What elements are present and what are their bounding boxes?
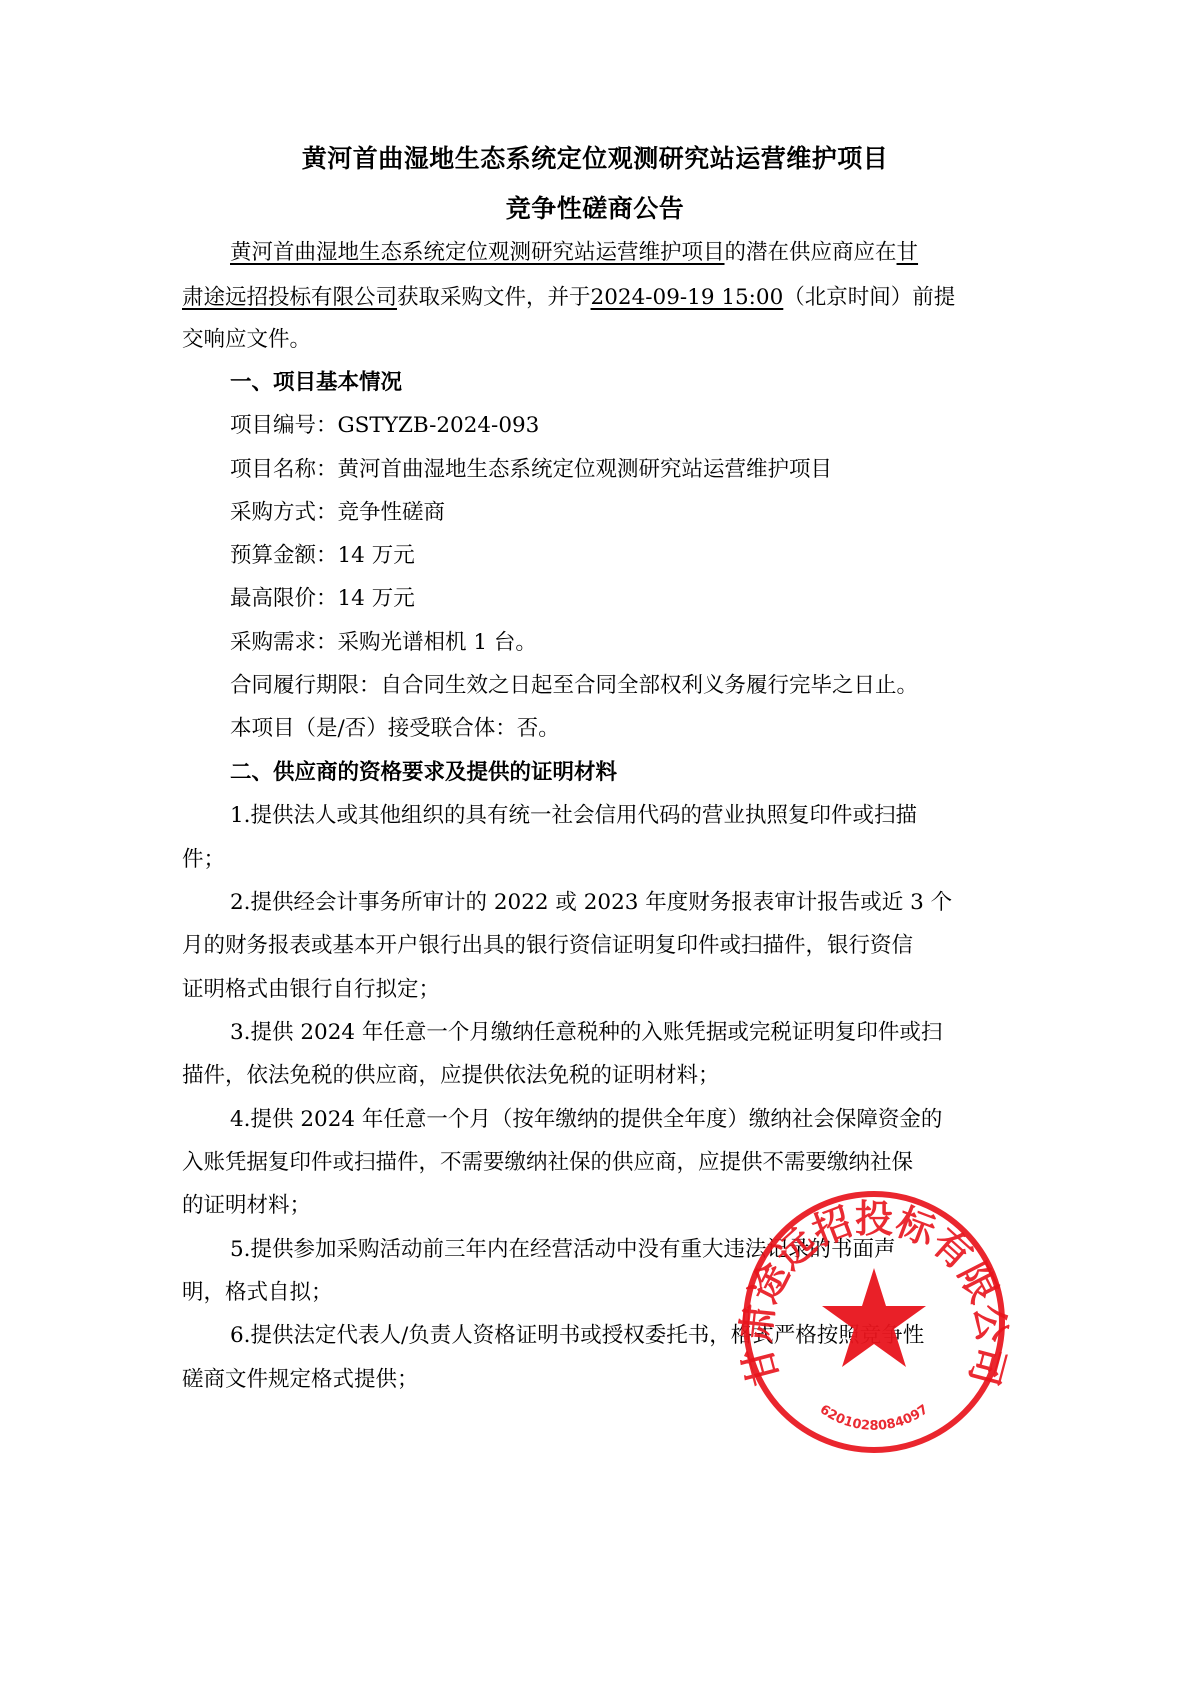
project-name: 项目名称：黄河首曲湿地生态系统定位观测研究站运营维护项目 <box>230 455 1040 485</box>
consortium: 本项目（是/否）接受联合体：否。 <box>230 714 1040 744</box>
budget: 预算金额：14 万元 <box>230 541 1040 571</box>
contract-period: 合同履行期限：自合同生效之日起至合同全部权利义务履行完毕之日止。 <box>230 671 1040 701</box>
project-name-link: 黄河首曲湿地生态系统定位观测研究站运营维护项目 <box>230 240 725 265</box>
req-1: 1.提供法人或其他组织的具有统一社会信用代码的营业执照复印件或扫描 <box>230 801 1040 831</box>
agency-name: 肃途远招投标有限公司 <box>182 285 397 310</box>
requirement: 采购需求：采购光谱相机 1 台。 <box>230 628 1040 658</box>
intro-line-2: 肃途远招投标有限公司获取采购文件，并于2024-09-19 15:00（北京时间… <box>182 283 992 313</box>
section1-heading: 一、项目基本情况 <box>230 368 1040 398</box>
project-number: 项目编号：GSTYZB-2024-093 <box>230 411 1040 441</box>
req-2: 2.提供经会计事务所审计的 2022 或 2023 年度财务报表审计报告或近 3… <box>230 888 1040 918</box>
procurement-method: 采购方式：竞争性磋商 <box>230 498 1040 528</box>
req-4: 4.提供 2024 年任意一个月（按年缴纳的提供全年度）缴纳社会保障资金的 <box>230 1105 1040 1135</box>
req-3: 3.提供 2024 年任意一个月缴纳任意税种的入账凭据或完税证明复印件或扫 <box>230 1018 1040 1048</box>
max-price: 最高限价：14 万元 <box>230 584 1040 614</box>
document-title: 黄河首曲湿地生态系统定位观测研究站运营维护项目 <box>0 139 1190 175</box>
document-page: 黄河首曲湿地生态系统定位观测研究站运营维护项目 竞争性磋商公告 黄河首曲湿地生态… <box>0 0 1190 1684</box>
company-seal-icon: 甘肃途远招投标有限公司 6201028084097 <box>738 1186 1010 1458</box>
document-subtitle: 竞争性磋商公告 <box>0 189 1190 225</box>
svg-text:6201028084097: 6201028084097 <box>817 1402 931 1434</box>
section2-heading: 二、供应商的资格要求及提供的证明材料 <box>230 758 1040 788</box>
intro-line-3: 交响应文件。 <box>182 325 992 355</box>
deadline: 2024-09-19 15:00 <box>591 285 784 310</box>
intro-line-1: 黄河首曲湿地生态系统定位观测研究站运营维护项目的潜在供应商应在甘 <box>230 238 1040 268</box>
